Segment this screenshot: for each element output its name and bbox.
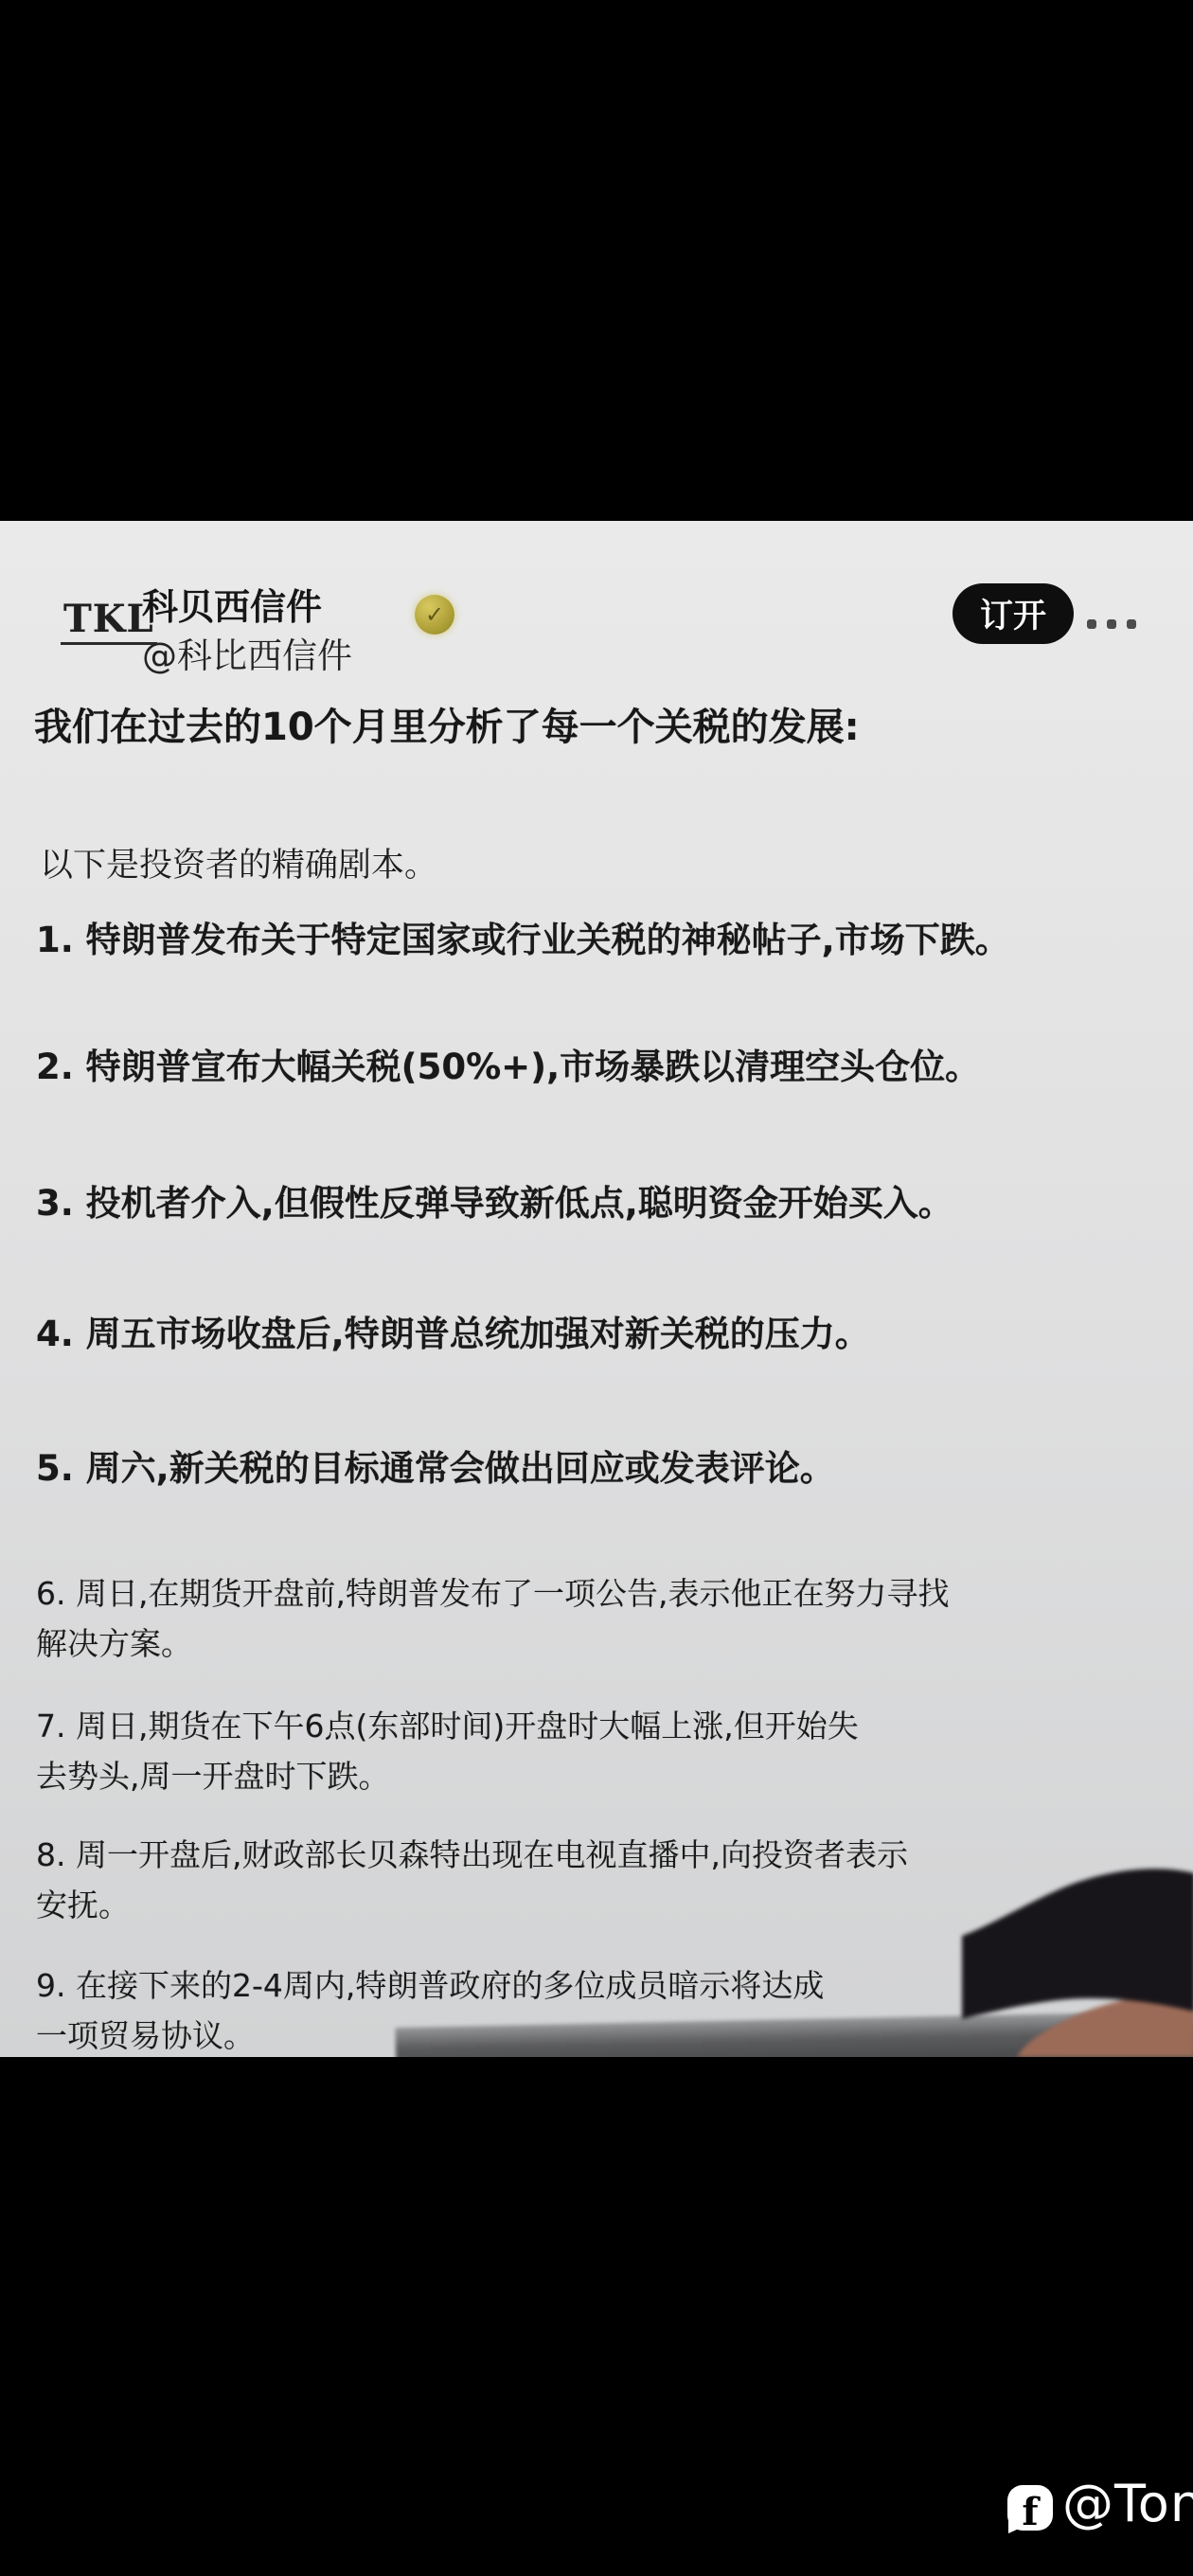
person-head-silhouette	[962, 1868, 1193, 2057]
watermark-handle: @Toni	[1062, 2474, 1193, 2533]
check-icon: ✓	[425, 601, 444, 628]
author-name[interactable]: 科贝西信件	[142, 578, 322, 630]
list-item-1: 1. 特朗普发布关于特定国家或行业关税的神秘帖子,市场下跌。	[36, 913, 1168, 967]
post-intro: 以下是投资者的精确剧本。	[40, 839, 1157, 886]
list-item-7: 7. 周日,期货在下午6点(东部时间)开盘时大幅上涨,但开始失 去势头,周一开盘…	[36, 1701, 1168, 1802]
list-item-2: 2. 特朗普宣布大幅关税(50%+),市场暴跌以清理空头仓位。	[36, 1040, 1168, 1094]
subscribe-button[interactable]: 订开	[953, 583, 1074, 644]
post-card: TKL 科贝西信件 @科比西信件 ✓ 订开 我们在过去的10个月里分析了每一个关…	[0, 521, 1193, 2057]
video-frame-letterbox: TKL 科贝西信件 @科比西信件 ✓ 订开 我们在过去的10个月里分析了每一个关…	[0, 0, 1193, 2576]
verified-badge-icon: ✓	[415, 595, 454, 635]
list-item-4: 4. 周五市场收盘后,特朗普总统加强对新关税的压力。	[36, 1307, 1168, 1361]
post-headline: 我们在过去的10个月里分析了每一个关税的发展:	[34, 697, 1170, 751]
list-item-6: 6. 周日,在期货开盘前,特朗普发布了一项公告,表示他正在努力寻找 解决方案。	[36, 1568, 1168, 1670]
author-handle[interactable]: @科比西信件	[142, 627, 352, 678]
list-item-3: 3. 投机者介入,但假性反弹导致新低点,聪明资金开始买入。	[36, 1176, 1168, 1230]
facebook-icon: f	[1007, 2485, 1053, 2531]
more-options-icon[interactable]	[1087, 619, 1136, 629]
list-item-5: 5. 周六,新关税的目标通常会做出回应或发表评论。	[36, 1441, 1168, 1495]
